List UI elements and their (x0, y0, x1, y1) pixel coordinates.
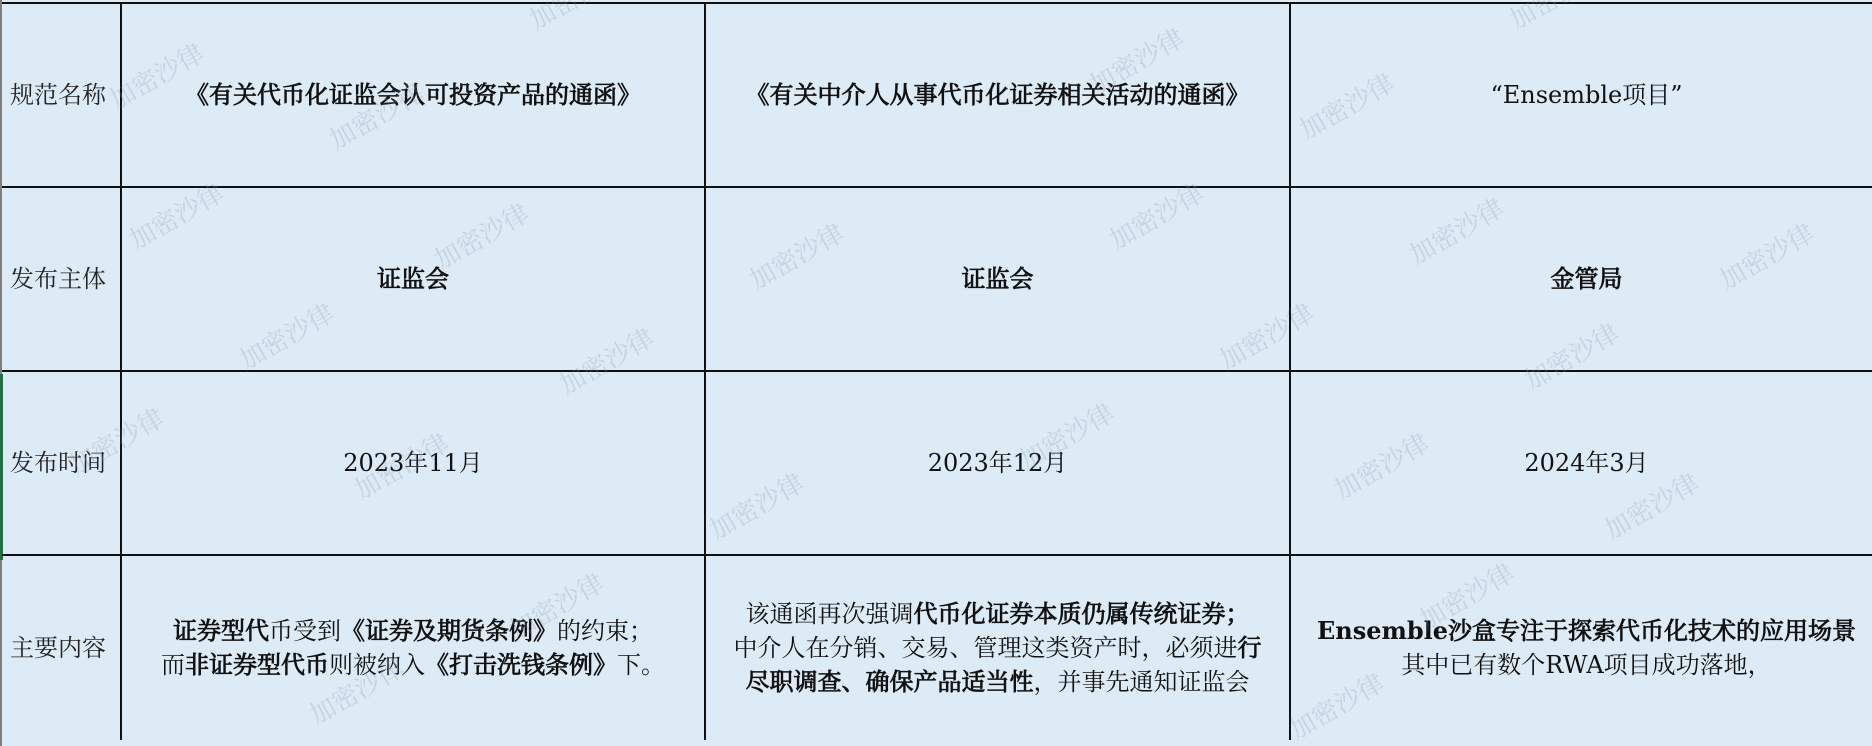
content-text-segment: 其中已有数个RWA项目成功落地， (1401, 651, 1771, 679)
content-text-segment: 证券型代 (173, 616, 269, 645)
content-text-segment: 中介人在分销、交易、管理这类资产时，必须进 (734, 634, 1238, 662)
cell-issuer-col1[interactable]: 证监会 (121, 187, 705, 371)
content-text-segment: 该通函再次强调 (746, 600, 914, 628)
row-label-content[interactable]: 主要内容 (2, 555, 121, 740)
row-label-issuer[interactable]: 发布主体 (2, 187, 121, 371)
content-text-segment: 非证券型代币 (185, 650, 329, 679)
row-issuer: 发布主体 证监会 证监会 金管局 (2, 187, 1872, 371)
content-text-segment: 代币化证券本质仍属传统证券； (914, 599, 1250, 628)
row-content: 主要内容 证券型代币受到《证券及期货条例》的约束；而非证券型代币则被纳入《打击洗… (2, 555, 1872, 740)
cell-content-col3[interactable]: Ensemble沙盒专注于探索代币化技术的应用场景其中已有数个RWA项目成功落地… (1290, 555, 1872, 740)
row-label-name[interactable]: 规范名称 (2, 3, 121, 187)
content-text-segment: 则被纳入 (329, 651, 425, 679)
cell-name-col2[interactable]: 《有关中介人从事代币化证券相关活动的通函》 (705, 3, 1290, 187)
cell-content-col1[interactable]: 证券型代币受到《证券及期货条例》的约束；而非证券型代币则被纳入《打击洗钱条例》下… (121, 555, 705, 740)
cell-content-col2[interactable]: 该通函再次强调代币化证券本质仍属传统证券；中介人在分销、交易、管理这类资产时，必… (705, 555, 1290, 740)
row-name: 规范名称 《有关代币化证监会认可投资产品的通函》 《有关中介人从事代币化证券相关… (2, 3, 1872, 187)
content-text-segment: Ensemble沙盒专注于探索代币化技术的应用场景 (1317, 616, 1856, 645)
cell-issuer-col3[interactable]: 金管局 (1290, 187, 1872, 371)
cell-date-col3[interactable]: 2024年3月 (1290, 371, 1872, 555)
content-text-segment: 下。 (617, 651, 665, 679)
regulation-comparison-table: 规范名称 《有关代币化证监会认可投资产品的通函》 《有关中介人从事代币化证券相关… (2, 2, 1872, 740)
cell-name-col1[interactable]: 《有关代币化证监会认可投资产品的通函》 (121, 3, 705, 187)
content-text-segment: 币受到 (269, 617, 341, 645)
row-date: 发布时间 2023年11月 2023年12月 2024年3月 (2, 371, 1872, 555)
content-text-segment: 而 (161, 651, 185, 679)
row-label-date[interactable]: 发布时间 (2, 371, 121, 555)
content-text-segment: 《打击洗钱条例》 (425, 650, 617, 679)
content-text-segment: 行 (1238, 633, 1262, 662)
content-text-segment: 《证券及期货条例》 (341, 616, 557, 645)
cell-date-col2[interactable]: 2023年12月 (705, 371, 1290, 555)
content-text-segment: 尽职调查、确保产品适当性 (746, 667, 1034, 696)
content-text-segment: 的约束； (557, 617, 653, 645)
content-text-segment: ，并事先通知证监会 (1034, 668, 1250, 696)
cell-date-col1[interactable]: 2023年11月 (121, 371, 705, 555)
cell-issuer-col2[interactable]: 证监会 (705, 187, 1290, 371)
cell-name-col3[interactable]: “Ensemble项目” (1290, 3, 1872, 187)
